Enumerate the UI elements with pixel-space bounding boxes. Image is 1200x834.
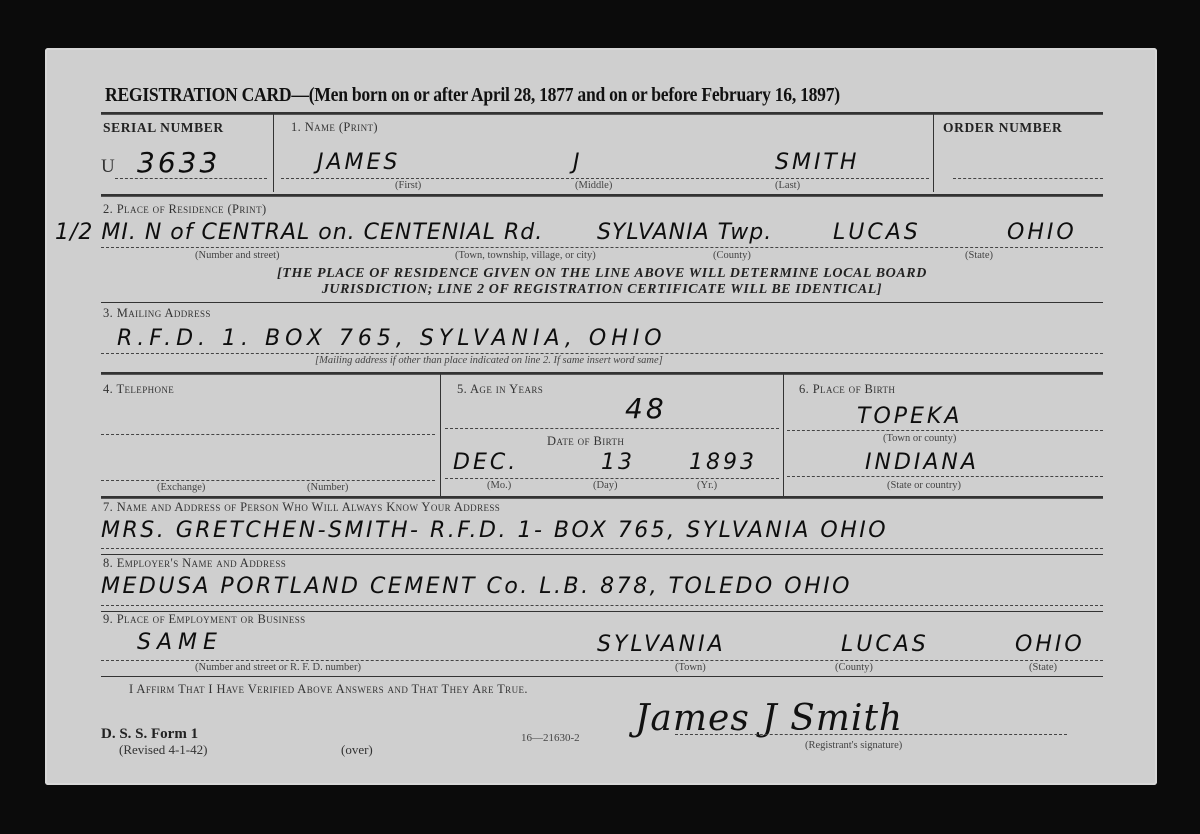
print-code: 16—21630-2 [521,732,580,744]
employment-street-caption: (Number and street or R. F. D. number) [195,662,361,673]
form-revised: (Revised 4-1-42) [119,742,207,758]
dob-month: DEC. [453,450,518,475]
residence-street-caption: (Number and street) [195,250,280,261]
dob-day-caption: (Day) [593,480,618,491]
name-middle: J [573,150,583,175]
place-of-birth-state-caption: (State or country) [887,480,961,491]
registration-card: REGISTRATION CARD—(Men born on or after … [45,48,1157,785]
residence-county-caption: (County) [713,250,751,261]
serial-number-label: SERIAL NUMBER [103,120,224,136]
signature-caption: (Registrant's signature) [805,740,902,751]
residence-label: 2. Place of Residence (Print) [103,202,267,217]
residence-town: SYLVANIA Twp. [597,220,772,245]
dob-month-caption: (Mo.) [487,480,511,491]
telephone-number-caption: (Number) [307,482,348,493]
employment-state: OHIO [1015,632,1085,657]
serial-number-value: 3633 [137,146,220,179]
dob-year: 1893 [689,450,757,475]
registrant-signature: James J Smith [635,698,903,739]
residence-state-caption: (State) [965,250,993,261]
employment-place-label: 9. Place of Employment or Business [103,612,306,627]
residence-notice-line1: [THE PLACE OF RESIDENCE GIVEN ON THE LIN… [101,266,1103,282]
residence-state: OHIO [1007,220,1077,245]
date-of-birth-label: Date of Birth [547,434,624,449]
place-of-birth-town: TOPEKA [857,404,962,429]
residence-street: 1/2 MI. N of CENTRAL on. CENTENIAL Rd. [55,220,543,245]
employment-state-caption: (State) [1029,662,1057,673]
contact-person-value: MRS. GRETCHEN-SMITH- R.F.D. 1- BOX 765, … [101,518,888,543]
card-title: REGISTRATION CARD—(Men born on or after … [105,84,840,107]
mailing-address-value: R.F.D. 1. BOX 765, SYLVANIA, OHIO [117,326,667,351]
residence-notice-line2: JURISDICTION; LINE 2 OF REGISTRATION CER… [101,282,1103,298]
telephone-exchange-caption: (Exchange) [157,482,205,493]
name-first: JAMES [317,150,400,175]
employment-street: SAME [137,630,223,655]
place-of-birth-state: INDIANA [865,450,979,475]
employment-town-caption: (Town) [675,662,706,673]
affirmation-text: I Affirm That I Have Verified Above Answ… [129,682,528,697]
telephone-label: 4. Telephone [103,382,174,397]
mailing-address-caption: [Mailing address if other than place ind… [315,355,663,366]
dob-day: 13 [601,450,635,475]
order-number-label: ORDER NUMBER [943,120,1062,136]
name-label: 1. Name (Print) [291,120,378,135]
employer-value: MEDUSA PORTLAND CEMENT Co. L.B. 878, TOL… [101,574,852,599]
age-label: 5. Age in Years [457,382,543,397]
employment-county: LUCAS [841,632,929,657]
form-id: D. S. S. Form 1 [101,726,198,743]
age-value: 48 [625,392,667,425]
name-last: SMITH [775,150,859,175]
over-note: (over) [341,742,373,758]
place-of-birth-town-caption: (Town or county) [883,433,956,444]
residence-county: LUCAS [833,220,921,245]
place-of-birth-label: 6. Place of Birth [799,382,895,397]
residence-town-caption: (Town, township, village, or city) [455,250,596,261]
employment-town: SYLVANIA [597,632,726,657]
mailing-address-label: 3. Mailing Address [103,306,211,321]
employment-county-caption: (County) [835,662,873,673]
dob-year-caption: (Yr.) [697,480,717,491]
employer-label: 8. Employer's Name and Address [103,556,286,571]
title-rule [101,112,1103,115]
serial-prefix: U [101,156,115,178]
name-first-caption: (First) [395,180,421,191]
name-middle-caption: (Middle) [575,180,612,191]
name-last-caption: (Last) [775,180,800,191]
contact-person-label: 7. Name and Address of Person Who Will A… [103,500,500,515]
